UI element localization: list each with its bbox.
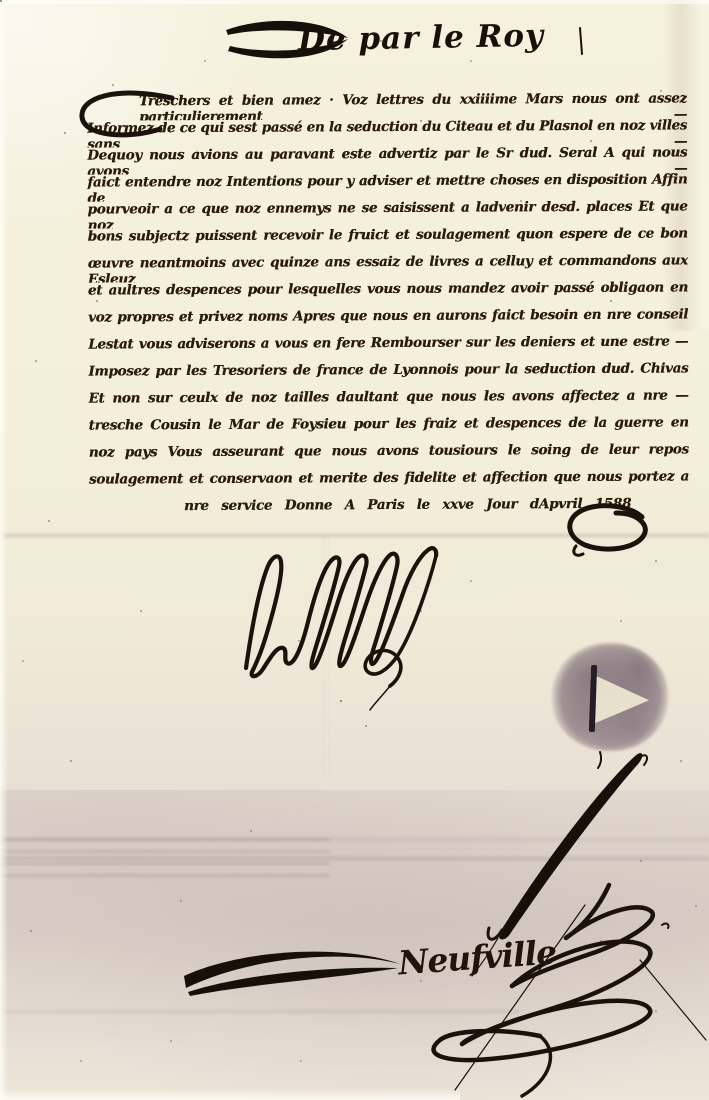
letter-line: Imposez par les Tresoriers de france de … (88, 360, 688, 390)
letter-line: Informez de ce qui sest passé en la sedu… (87, 117, 687, 147)
letter-body: Treschers et bien amez · Voz lettres du … (87, 90, 689, 525)
letter-line dateline: nre service Donne A Paris le xxve Jour d… (89, 495, 689, 525)
ink-tick (580, 28, 582, 54)
letter-line: Treschers et bien amez · Voz lettres du … (87, 90, 687, 120)
letter-line: et aultres despences pour lesquelles vou… (88, 279, 688, 309)
letter-line: Et non sur ceulx de noz tailles daultant… (88, 387, 688, 417)
letter-line: pourveoir a ce que noz ennemys ne se sai… (87, 198, 687, 228)
letter-line: noz pays Vous asseurant que nous avons t… (89, 441, 689, 471)
fold-line (0, 532, 709, 539)
fold-line (0, 1008, 520, 1015)
manuscript-page: De par le Roy Treschers et bien amez · V… (0, 0, 709, 1100)
ink-mark (598, 752, 601, 768)
paper-edge (0, 0, 709, 4)
vertical-crease (324, 538, 329, 773)
letter-line: œuvre neantmoins avec quinze ans essaiz … (88, 252, 688, 282)
paper-edge (0, 0, 8, 1100)
paper-edge (0, 1088, 460, 1100)
letter-line: Dequoy nous avions au paravant este adve… (87, 144, 687, 174)
letter-line: soulagement et conservaon et merite des … (89, 468, 689, 498)
letter-line: bons subjectz puissent recevoir le fruic… (88, 225, 688, 255)
fold-line (0, 836, 709, 843)
letter-line: voz propres et privez noms Apres que nou… (88, 306, 688, 336)
letter-line: tresche Cousin le Mar de Foysieu pour le… (89, 414, 689, 444)
superscription: De par le Roy (298, 18, 545, 58)
letter-line: Lestat vous adviserons a vous en fere Re… (88, 333, 688, 363)
royal-signature (246, 548, 436, 710)
seal-stain (552, 643, 668, 751)
fold-line (0, 855, 709, 862)
letter-line: faict entendre noz Intentions pour y adv… (87, 171, 687, 201)
ink-speckles (0, 0, 2, 2)
